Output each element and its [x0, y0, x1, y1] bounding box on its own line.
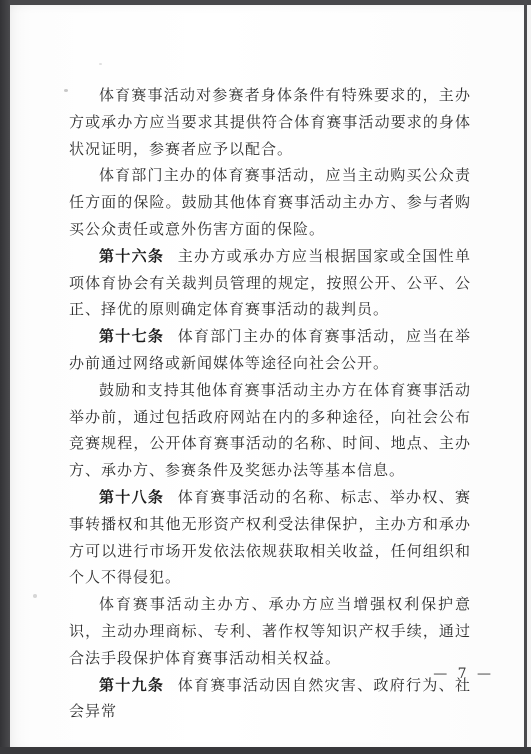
document-page: 体育赛事活动对参赛者身体条件有特殊要求的，主办方或承办方应当要求其提供符合体育赛…	[0, 0, 525, 748]
scanned-document: 体育赛事活动对参赛者身体条件有特殊要求的，主办方或承办方应当要求其提供符合体育赛…	[0, 0, 531, 754]
paragraph-text: 体育部门主办的体育赛事活动，应当主动购买公众责任方面的保险。鼓励其他体育赛事活动…	[69, 166, 471, 238]
scan-edge-left	[0, 0, 10, 754]
scan-noise	[64, 89, 68, 92]
paragraph: 体育赛事活动对参赛者身体条件有特殊要求的，主办方或承办方应当要求其提供符合体育赛…	[69, 82, 471, 162]
page-number: — 7 —	[433, 666, 494, 682]
paragraph: 鼓励和支持其他体育赛事活动主办方在体育赛事活动举办前，通过包括政府网站在内的多种…	[69, 377, 471, 484]
paragraph: 第十八条体育赛事活动的名称、标志、举办权、赛事转播权和其他无形资产权利受法律保护…	[69, 484, 471, 591]
paragraph-text: 体育赛事活动对参赛者身体条件有特殊要求的，主办方或承办方应当要求其提供符合体育赛…	[69, 86, 471, 158]
document-body: 体育赛事活动对参赛者身体条件有特殊要求的，主办方或承办方应当要求其提供符合体育赛…	[69, 82, 471, 725]
scan-edge-top	[0, 0, 531, 5]
article-number: 第十九条	[99, 676, 164, 694]
paragraph: 第十六条主办方或承办方应当根据国家或全国性单项体育协会有关裁判员管理的规定，按照…	[69, 243, 471, 323]
paragraph-text: 鼓励和支持其他体育赛事活动主办方在体育赛事活动举办前，通过包括政府网站在内的多种…	[69, 381, 471, 479]
scan-gutter	[527, 0, 531, 754]
article-number: 第十八条	[99, 488, 164, 506]
article-number: 第十六条	[99, 247, 164, 265]
paragraph: 体育部门主办的体育赛事活动，应当主动购买公众责任方面的保险。鼓励其他体育赛事活动…	[69, 162, 471, 242]
paragraph: 第十九条体育赛事活动因自然灾害、政府行为、社会异常	[69, 672, 471, 726]
scan-edge-bottom	[0, 747, 531, 754]
scan-edge-right	[524, 0, 527, 754]
scan-noise	[99, 63, 102, 65]
scan-noise	[33, 594, 37, 598]
paragraph: 体育赛事活动主办方、承办方应当增强权利保护意识，主动办理商标、专利、著作权等知识…	[69, 591, 471, 671]
paragraph: 第十七条体育部门主办的体育赛事活动，应当在举办前通过网络或新闻媒体等途径向社会公…	[69, 323, 471, 377]
article-number: 第十七条	[99, 327, 164, 345]
paragraph-text: 体育赛事活动主办方、承办方应当增强权利保护意识，主动办理商标、专利、著作权等知识…	[69, 595, 471, 667]
